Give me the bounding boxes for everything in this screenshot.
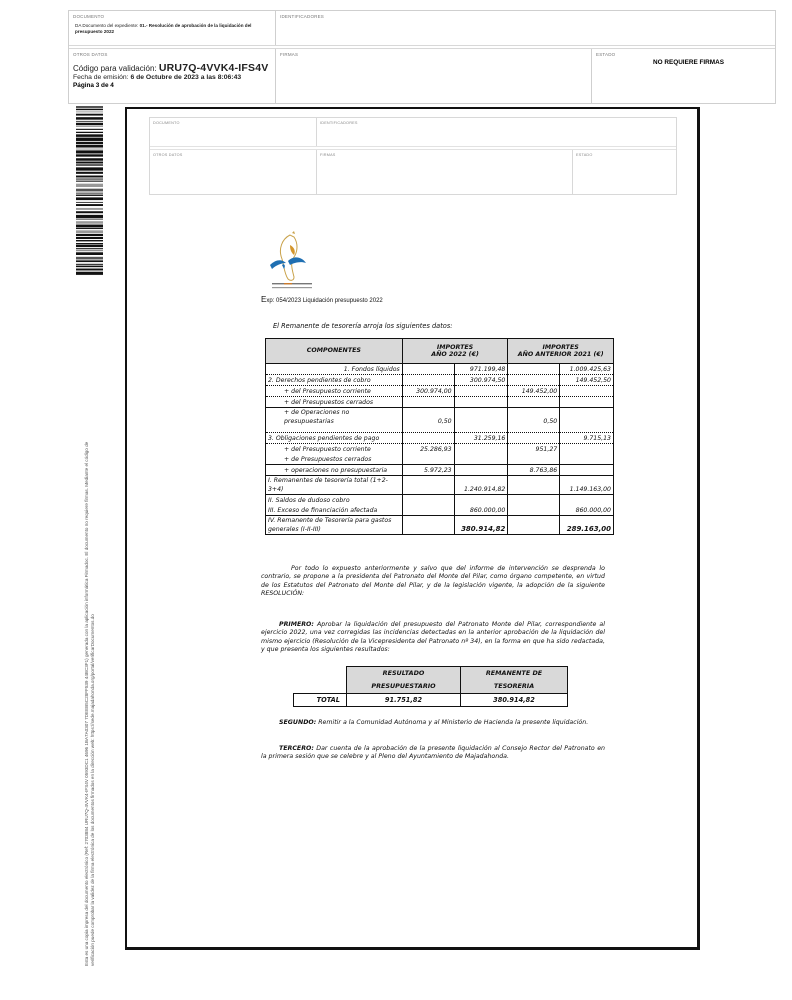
barcode-icon (76, 106, 103, 276)
estado-label: ESTADO (596, 52, 771, 57)
resultado-presupuestario-value: 91.751,82 (347, 694, 461, 707)
table-row: IV. Remanente de Tesorería para gastos g… (266, 516, 614, 535)
header-firmas-cell: FIRMAS (275, 49, 591, 103)
page-number: Página 3 de 4 (73, 82, 271, 90)
row-value (508, 375, 560, 386)
documento-description: DA Documento del expediente: 01.- Resolu… (75, 23, 271, 35)
header-estado-cell: ESTADO NO REQUIERE FIRMAS (591, 49, 775, 103)
remanente-tesoreria-table: COMPONENTES IMPORTESAÑO 2022 (€) IMPORTE… (265, 338, 614, 535)
col-importes-2021: IMPORTESAÑO ANTERIOR 2021 (€) (508, 339, 614, 364)
row-value: 300.974,50 (454, 375, 508, 386)
header-documento-cell: DOCUMENTO DA Documento del expediente: 0… (69, 11, 275, 45)
row-value: 860.000,00 (454, 505, 508, 516)
row-value: 0,50 (402, 408, 454, 427)
row-value (560, 397, 614, 408)
row-value: 860.000,00 (560, 505, 614, 516)
row-value: 951,27 (508, 444, 560, 455)
row-label: 2. Derechos pendientes de cobro (266, 375, 403, 386)
row-value: 0,50 (508, 408, 560, 427)
row-label: + de Operaciones no presupuestarias (266, 408, 403, 427)
row-value (402, 364, 454, 375)
row-value (402, 375, 454, 386)
row-value (454, 454, 508, 465)
table-row: 3. Obligaciones pendientes de pago31.259… (266, 433, 614, 444)
row-value (454, 495, 508, 506)
table-row: + de Presupuestos cerrados (266, 454, 614, 465)
resultado-table: RESULTADOPRESUPUESTARIO REMANENTE DETESO… (293, 666, 568, 707)
row-value (454, 465, 508, 476)
table-row: III. Exceso de financiación afectada860.… (266, 505, 614, 516)
row-value (508, 364, 560, 375)
validation-code[interactable]: URU7Q-4VVK4-IFS4V (159, 62, 269, 74)
row-value (402, 433, 454, 444)
validation-code-line: Código para validación: URU7Q-4VVK4-IFS4… (73, 62, 271, 74)
row-value: 25.286,93 (402, 444, 454, 455)
row-value (560, 495, 614, 506)
row-label: III. Exceso de financiación afectada (266, 505, 403, 516)
row-value: 8.763,86 (508, 465, 560, 476)
row-label: + de Presupuestos cerrados (266, 454, 403, 465)
row-value (560, 444, 614, 455)
row-value (508, 505, 560, 516)
validation-header: DOCUMENTO DA Documento del expediente: 0… (68, 10, 776, 104)
row-value (454, 408, 508, 427)
table-row: TOTAL 91.751,82 380.914,82 (294, 694, 568, 707)
verification-disclaimer: Esta es una copia impresa del documento … (84, 296, 96, 966)
firmas-label: FIRMAS (280, 52, 587, 57)
table-row: I. Remanentes de tesorería total (1+2-3+… (266, 476, 614, 495)
identificadores-label: IDENTIFICADORES (280, 14, 771, 19)
row-value (454, 397, 508, 408)
row-value: 1.149.163,00 (560, 476, 614, 495)
document-page: DOCUMENTO IDENTIFICADORES OTROS DATOS FI… (125, 107, 700, 950)
row-value: 1.240.914,82 (454, 476, 508, 495)
row-value (560, 408, 614, 427)
inner-estado-cell: ESTADO (572, 150, 676, 194)
segundo-paragraph: SEGUNDO: Remitir a la Comunidad Autónoma… (261, 719, 605, 727)
row-label: + del Presupuesto corriente (266, 444, 403, 455)
row-value: 380.914,82 (454, 516, 508, 535)
inner-documento-cell: DOCUMENTO (150, 118, 316, 146)
row-value (454, 444, 508, 455)
primero-paragraph: PRIMERO: Aprobar la liquidación del pres… (261, 621, 605, 654)
row-value (508, 433, 560, 444)
col-resultado-presupuestario: RESULTADOPRESUPUESTARIO (347, 667, 461, 694)
row-value (560, 465, 614, 476)
table-row: + del Presupuesto corriente300.974,00149… (266, 386, 614, 397)
row-value: 149.452,00 (508, 386, 560, 397)
row-value: 5.972,23 (402, 465, 454, 476)
row-value (508, 454, 560, 465)
row-value (402, 454, 454, 465)
row-label: + del Presupuestos cerrados (266, 397, 403, 408)
row-value: 1.009.425,63 (560, 364, 614, 375)
header-otros-datos-cell: OTROS DATOS Código para validación: URU7… (69, 49, 275, 103)
inner-firmas-cell: FIRMAS (316, 150, 572, 194)
row-label: I. Remanentes de tesorería total (1+2-3+… (266, 476, 403, 495)
emission-date: 6 de Octubre de 2023 a las 8:06:43 (130, 74, 241, 81)
row-label: II. Saldos de dudoso cobro (266, 495, 403, 506)
row-value: 300.974,00 (402, 386, 454, 397)
remanente-tesoreria-value: 380.914,82 (461, 694, 568, 707)
table-row: + operaciones no presupuestaria5.972,238… (266, 465, 614, 476)
row-value: 149.452,50 (560, 375, 614, 386)
row-value (508, 516, 560, 535)
estado-value: NO REQUIERE FIRMAS (606, 59, 771, 66)
row-value (402, 397, 454, 408)
col-componentes: COMPONENTES (266, 339, 403, 364)
inner-validation-header: DOCUMENTO IDENTIFICADORES OTROS DATOS FI… (149, 117, 677, 195)
row-value (402, 505, 454, 516)
intro-text: El Remanente de tesorería arroja los sig… (273, 322, 452, 330)
col-remanente-tesoreria: REMANENTE DETESORERIA (461, 667, 568, 694)
row-value: 9.715,13 (560, 433, 614, 444)
row-value (402, 495, 454, 506)
patronato-monte-del-pilar-logo-icon (260, 229, 322, 293)
expediente-reference: Exp: 054/2023 Liquidación presupuesto 20… (261, 295, 383, 304)
inner-identificadores-cell: IDENTIFICADORES (316, 118, 676, 146)
row-value (402, 516, 454, 535)
otros-datos-label: OTROS DATOS (73, 52, 271, 57)
row-value: 31.259,16 (454, 433, 508, 444)
header-identificadores-cell: IDENTIFICADORES (275, 11, 775, 45)
row-value (508, 397, 560, 408)
row-label: IV. Remanente de Tesorería para gastos g… (266, 516, 403, 535)
proposal-paragraph: Por todo lo expuesto anteriormente y sal… (261, 565, 605, 598)
table-row: + del Presupuesto corriente25.286,93951,… (266, 444, 614, 455)
row-label: + operaciones no presupuestaria (266, 465, 403, 476)
tercero-paragraph: TERCERO: Dar cuenta de la aprobación de … (261, 745, 605, 762)
row-value: 971.199,48 (454, 364, 508, 375)
table-row: + del Presupuestos cerrados (266, 397, 614, 408)
row-value (454, 386, 508, 397)
row-value: 289.163,00 (560, 516, 614, 535)
row-label: 1. Fondos líquidos (266, 364, 403, 375)
documento-label: DOCUMENTO (73, 14, 271, 19)
inner-otros-datos-cell: OTROS DATOS (150, 150, 316, 194)
table-row: II. Saldos de dudoso cobro (266, 495, 614, 506)
emission-date-line: Fecha de emisión: 6 de Octubre de 2023 a… (73, 74, 271, 82)
row-value (402, 476, 454, 495)
table-row: + de Operaciones no presupuestarias0,500… (266, 408, 614, 427)
col-importes-2022: IMPORTESAÑO 2022 (€) (402, 339, 508, 364)
total-label: TOTAL (294, 694, 347, 707)
table-row: 2. Derechos pendientes de cobro300.974,5… (266, 375, 614, 386)
row-value (560, 386, 614, 397)
row-label: + del Presupuesto corriente (266, 386, 403, 397)
row-value (508, 495, 560, 506)
table-row: 1. Fondos líquidos971.199,481.009.425,63 (266, 364, 614, 375)
row-value (560, 454, 614, 465)
row-label: 3. Obligaciones pendientes de pago (266, 433, 403, 444)
row-value (508, 476, 560, 495)
